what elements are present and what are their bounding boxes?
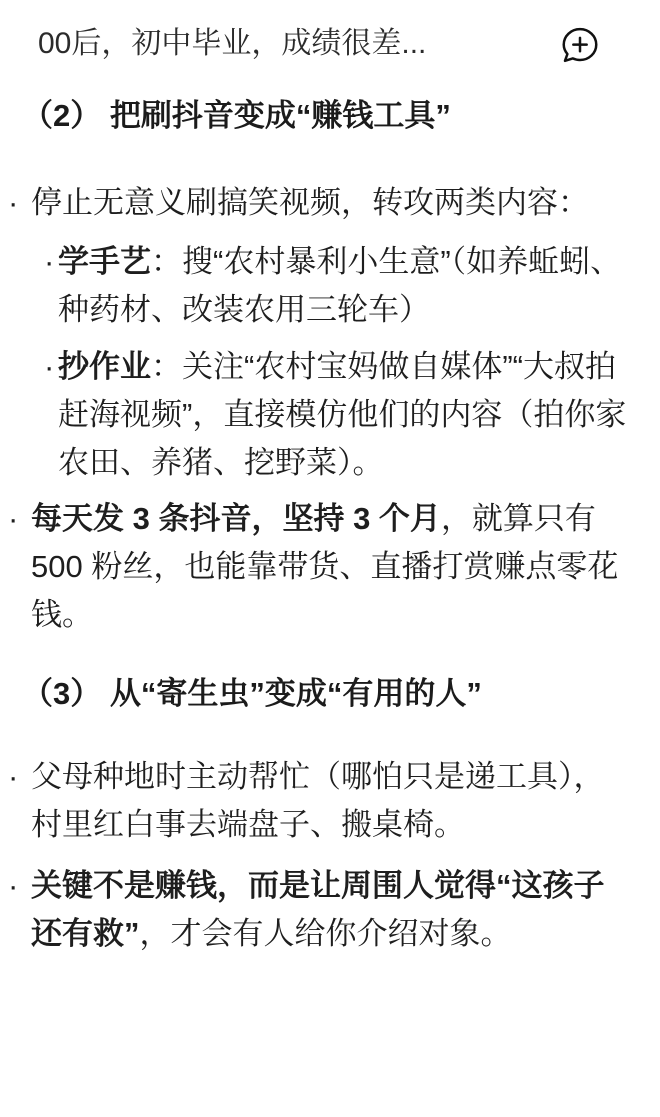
bullet-bold-run: 每天发 3 条抖音，坚持 3 个月	[31, 501, 441, 536]
answer-content: （2） 把刷抖音变成“赚钱工具” · 停止无意义刷搞笑视频，转攻两类内容： · …	[0, 94, 660, 958]
header: 00后，初中毕业，成绩很差...	[0, 0, 660, 90]
bullet-marker: ·	[44, 343, 58, 391]
section-heading-3: （3） 从“寄生虫”变成“有用的人”	[22, 672, 640, 716]
list-item-post-daily: · 每天发 3 条抖音，坚持 3 个月，就算只有 500 粉丝，也能靠带货、直播…	[8, 495, 660, 639]
bullet-marker: ·	[8, 179, 31, 227]
bullet-marker: ·	[8, 753, 31, 801]
conversation-title: 00后，初中毕业，成绩很差...	[38, 24, 426, 64]
bullet-bold-run: 抄作业	[58, 349, 151, 384]
list-item-key-point: · 关键不是赚钱，而是让周围人觉得“这孩子还有救”，才会有人给你介绍对象。	[8, 862, 660, 958]
section-heading-2: （2） 把刷抖音变成“赚钱工具”	[22, 94, 640, 138]
bullet-marker: ·	[8, 862, 31, 910]
bullet-text: 抄作业：关注“农村宝妈做自媒体”“大叔拍赶海视频”，直接模仿他们的内容（拍你家农…	[58, 343, 632, 487]
bullet-text: 学手艺：搜“农村暴利小生意”（如养蚯蚓、种药材、改装农用三轮车）	[58, 238, 632, 334]
bullet-text-run: 父母种地时主动帮忙（哪怕只是递工具），村里红白事去端盘子、搬桌椅。	[31, 759, 605, 842]
list-item-learn-craft: · 学手艺：搜“农村暴利小生意”（如养蚯蚓、种药材、改装农用三轮车）	[44, 238, 660, 334]
bullet-text-run: 停止无意义刷搞笑视频，转攻两类内容：	[31, 185, 589, 220]
bullet-text: 停止无意义刷搞笑视频，转攻两类内容：	[31, 179, 632, 227]
bullet-text: 关键不是赚钱，而是让周围人觉得“这孩子还有救”，才会有人给你介绍对象。	[31, 862, 632, 958]
list-item-stop-videos: · 停止无意义刷搞笑视频，转攻两类内容：	[8, 179, 660, 227]
bullet-text: 父母种地时主动帮忙（哪怕只是递工具），村里红白事去端盘子、搬桌椅。	[31, 753, 632, 849]
list-item-help-parents: · 父母种地时主动帮忙（哪怕只是递工具），村里红白事去端盘子、搬桌椅。	[8, 753, 660, 849]
speech-bubble-plus-icon	[560, 25, 600, 65]
bullet-bold-run: 学手艺	[58, 244, 151, 279]
bullet-text-run: ，才会有人给你介绍对象。	[140, 916, 512, 951]
new-chat-button[interactable]	[560, 25, 600, 65]
bullet-text: 每天发 3 条抖音，坚持 3 个月，就算只有 500 粉丝，也能靠带货、直播打赏…	[31, 495, 632, 639]
bullet-marker: ·	[44, 238, 58, 286]
list-item-copy-homework: · 抄作业：关注“农村宝妈做自媒体”“大叔拍赶海视频”，直接模仿他们的内容（拍你…	[44, 343, 660, 487]
chat-answer-page: 00后，初中毕业，成绩很差... （2） 把刷抖音变成“赚钱工具” · 停止无意…	[0, 0, 660, 1117]
bullet-marker: ·	[8, 495, 31, 543]
